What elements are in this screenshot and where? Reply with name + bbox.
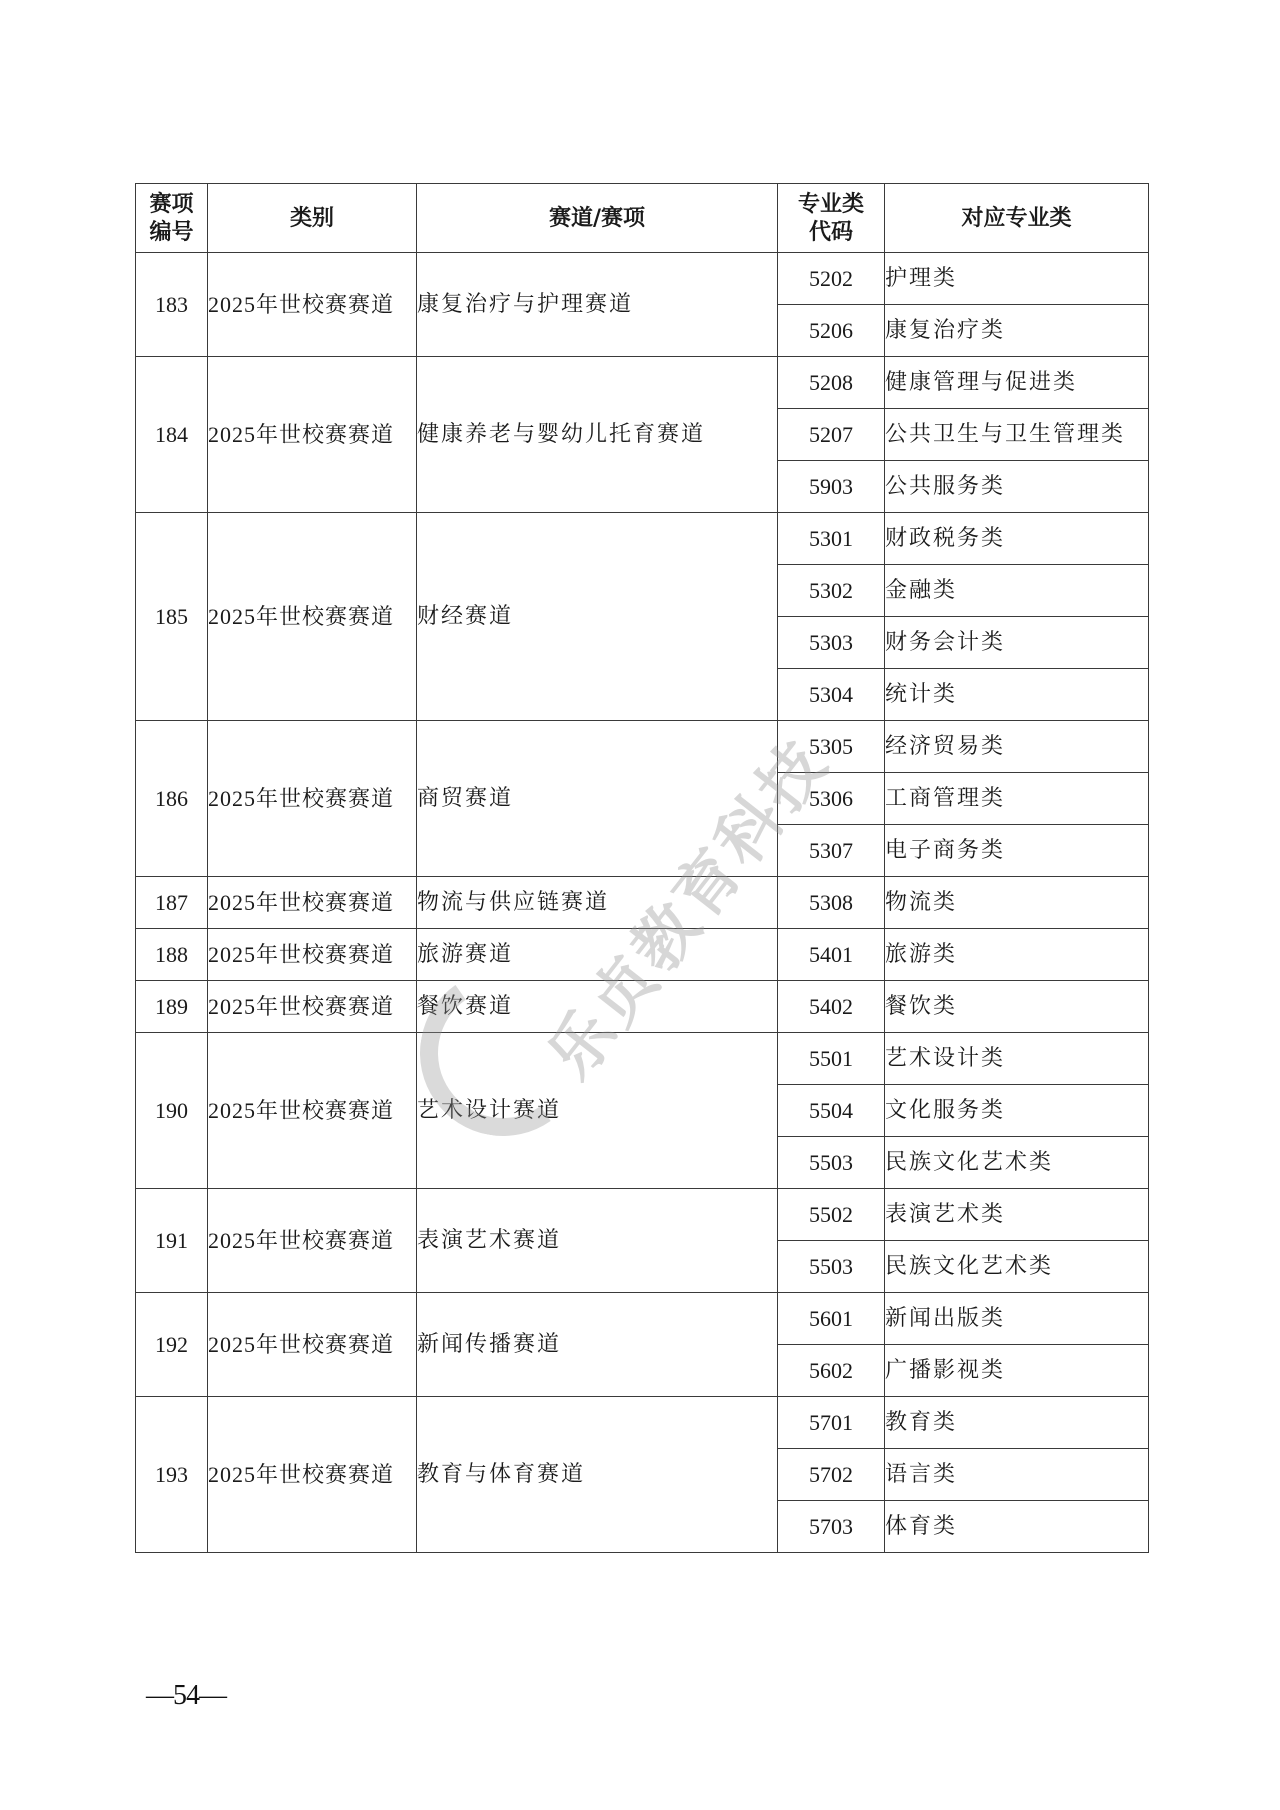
header-num: 赛项编号 xyxy=(136,184,208,253)
table-row: 1902025年世校赛赛道艺术设计赛道5501艺术设计类 xyxy=(136,1033,1149,1085)
major-name-cell: 统计类 xyxy=(885,669,1149,721)
major-code-cell: 5307 xyxy=(778,825,885,877)
table-row: 1892025年世校赛赛道餐饮赛道5402餐饮类 xyxy=(136,981,1149,1033)
table-row: 1852025年世校赛赛道财经赛道5301财政税务类 xyxy=(136,513,1149,565)
major-code-cell: 5601 xyxy=(778,1293,885,1345)
major-code-cell: 5503 xyxy=(778,1137,885,1189)
header-code: 专业类代码 xyxy=(778,184,885,253)
track-cell: 财经赛道 xyxy=(417,513,778,721)
major-code-cell: 5202 xyxy=(778,253,885,305)
major-code-cell: 5206 xyxy=(778,305,885,357)
major-code-cell: 5305 xyxy=(778,721,885,773)
major-name-cell: 康复治疗类 xyxy=(885,305,1149,357)
header-category: 类别 xyxy=(208,184,417,253)
header-major: 对应专业类 xyxy=(885,184,1149,253)
table-header-row: 赛项编号 类别 赛道/赛项 专业类代码 对应专业类 xyxy=(136,184,1149,253)
item-number: 186 xyxy=(136,721,208,877)
table-row: 1912025年世校赛赛道表演艺术赛道5502表演艺术类 xyxy=(136,1189,1149,1241)
track-cell: 新闻传播赛道 xyxy=(417,1293,778,1397)
major-name-cell: 餐饮类 xyxy=(885,981,1149,1033)
major-name-cell: 旅游类 xyxy=(885,929,1149,981)
major-code-cell: 5304 xyxy=(778,669,885,721)
table-row: 1932025年世校赛赛道教育与体育赛道5701教育类 xyxy=(136,1397,1149,1449)
major-name-cell: 体育类 xyxy=(885,1501,1149,1553)
table-row: 1872025年世校赛赛道物流与供应链赛道5308物流类 xyxy=(136,877,1149,929)
category-cell: 2025年世校赛赛道 xyxy=(208,877,417,929)
major-name-cell: 教育类 xyxy=(885,1397,1149,1449)
track-cell: 物流与供应链赛道 xyxy=(417,877,778,929)
track-cell: 教育与体育赛道 xyxy=(417,1397,778,1553)
category-cell: 2025年世校赛赛道 xyxy=(208,357,417,513)
table-row: 1862025年世校赛赛道商贸赛道5305经济贸易类 xyxy=(136,721,1149,773)
major-code-cell: 5502 xyxy=(778,1189,885,1241)
major-name-cell: 物流类 xyxy=(885,877,1149,929)
track-cell: 表演艺术赛道 xyxy=(417,1189,778,1293)
document-page: 赛项编号 类别 赛道/赛项 专业类代码 对应专业类 1832025年世校赛赛道康… xyxy=(0,0,1280,1810)
major-name-cell: 健康管理与促进类 xyxy=(885,357,1149,409)
major-name-cell: 民族文化艺术类 xyxy=(885,1137,1149,1189)
major-code-cell: 5302 xyxy=(778,565,885,617)
major-code-cell: 5207 xyxy=(778,409,885,461)
item-number: 191 xyxy=(136,1189,208,1293)
major-name-cell: 公共卫生与卫生管理类 xyxy=(885,409,1149,461)
major-name-cell: 财政税务类 xyxy=(885,513,1149,565)
page-number: —54— xyxy=(146,1680,226,1712)
major-code-cell: 5306 xyxy=(778,773,885,825)
track-cell: 健康养老与婴幼儿托育赛道 xyxy=(417,357,778,513)
major-name-cell: 民族文化艺术类 xyxy=(885,1241,1149,1293)
item-number: 192 xyxy=(136,1293,208,1397)
major-code-cell: 5401 xyxy=(778,929,885,981)
item-number: 190 xyxy=(136,1033,208,1189)
track-cell: 商贸赛道 xyxy=(417,721,778,877)
major-code-cell: 5504 xyxy=(778,1085,885,1137)
major-name-cell: 金融类 xyxy=(885,565,1149,617)
category-cell: 2025年世校赛赛道 xyxy=(208,1189,417,1293)
track-cell: 旅游赛道 xyxy=(417,929,778,981)
category-cell: 2025年世校赛赛道 xyxy=(208,929,417,981)
major-code-cell: 5903 xyxy=(778,461,885,513)
major-code-cell: 5503 xyxy=(778,1241,885,1293)
competition-table: 赛项编号 类别 赛道/赛项 专业类代码 对应专业类 1832025年世校赛赛道康… xyxy=(135,183,1149,1553)
major-code-cell: 5602 xyxy=(778,1345,885,1397)
header-track: 赛道/赛项 xyxy=(417,184,778,253)
major-code-cell: 5703 xyxy=(778,1501,885,1553)
track-cell: 艺术设计赛道 xyxy=(417,1033,778,1189)
item-number: 193 xyxy=(136,1397,208,1553)
category-cell: 2025年世校赛赛道 xyxy=(208,1397,417,1553)
major-name-cell: 公共服务类 xyxy=(885,461,1149,513)
major-name-cell: 文化服务类 xyxy=(885,1085,1149,1137)
table-row: 1922025年世校赛赛道新闻传播赛道5601新闻出版类 xyxy=(136,1293,1149,1345)
item-number: 188 xyxy=(136,929,208,981)
major-name-cell: 护理类 xyxy=(885,253,1149,305)
major-name-cell: 电子商务类 xyxy=(885,825,1149,877)
major-code-cell: 5702 xyxy=(778,1449,885,1501)
major-code-cell: 5308 xyxy=(778,877,885,929)
major-name-cell: 艺术设计类 xyxy=(885,1033,1149,1085)
major-name-cell: 财务会计类 xyxy=(885,617,1149,669)
major-name-cell: 新闻出版类 xyxy=(885,1293,1149,1345)
major-name-cell: 经济贸易类 xyxy=(885,721,1149,773)
major-name-cell: 语言类 xyxy=(885,1449,1149,1501)
major-code-cell: 5303 xyxy=(778,617,885,669)
track-cell: 康复治疗与护理赛道 xyxy=(417,253,778,357)
major-code-cell: 5501 xyxy=(778,1033,885,1085)
table-row: 1832025年世校赛赛道康复治疗与护理赛道5202护理类 xyxy=(136,253,1149,305)
major-name-cell: 工商管理类 xyxy=(885,773,1149,825)
category-cell: 2025年世校赛赛道 xyxy=(208,981,417,1033)
table-row: 1842025年世校赛赛道健康养老与婴幼儿托育赛道5208健康管理与促进类 xyxy=(136,357,1149,409)
category-cell: 2025年世校赛赛道 xyxy=(208,721,417,877)
track-cell: 餐饮赛道 xyxy=(417,981,778,1033)
major-name-cell: 表演艺术类 xyxy=(885,1189,1149,1241)
item-number: 185 xyxy=(136,513,208,721)
table-body: 1832025年世校赛赛道康复治疗与护理赛道5202护理类5206康复治疗类18… xyxy=(136,253,1149,1553)
category-cell: 2025年世校赛赛道 xyxy=(208,1293,417,1397)
item-number: 189 xyxy=(136,981,208,1033)
item-number: 184 xyxy=(136,357,208,513)
category-cell: 2025年世校赛赛道 xyxy=(208,1033,417,1189)
major-name-cell: 广播影视类 xyxy=(885,1345,1149,1397)
major-code-cell: 5301 xyxy=(778,513,885,565)
major-code-cell: 5208 xyxy=(778,357,885,409)
category-cell: 2025年世校赛赛道 xyxy=(208,253,417,357)
major-code-cell: 5402 xyxy=(778,981,885,1033)
major-code-cell: 5701 xyxy=(778,1397,885,1449)
item-number: 187 xyxy=(136,877,208,929)
table-row: 1882025年世校赛赛道旅游赛道5401旅游类 xyxy=(136,929,1149,981)
item-number: 183 xyxy=(136,253,208,357)
category-cell: 2025年世校赛赛道 xyxy=(208,513,417,721)
